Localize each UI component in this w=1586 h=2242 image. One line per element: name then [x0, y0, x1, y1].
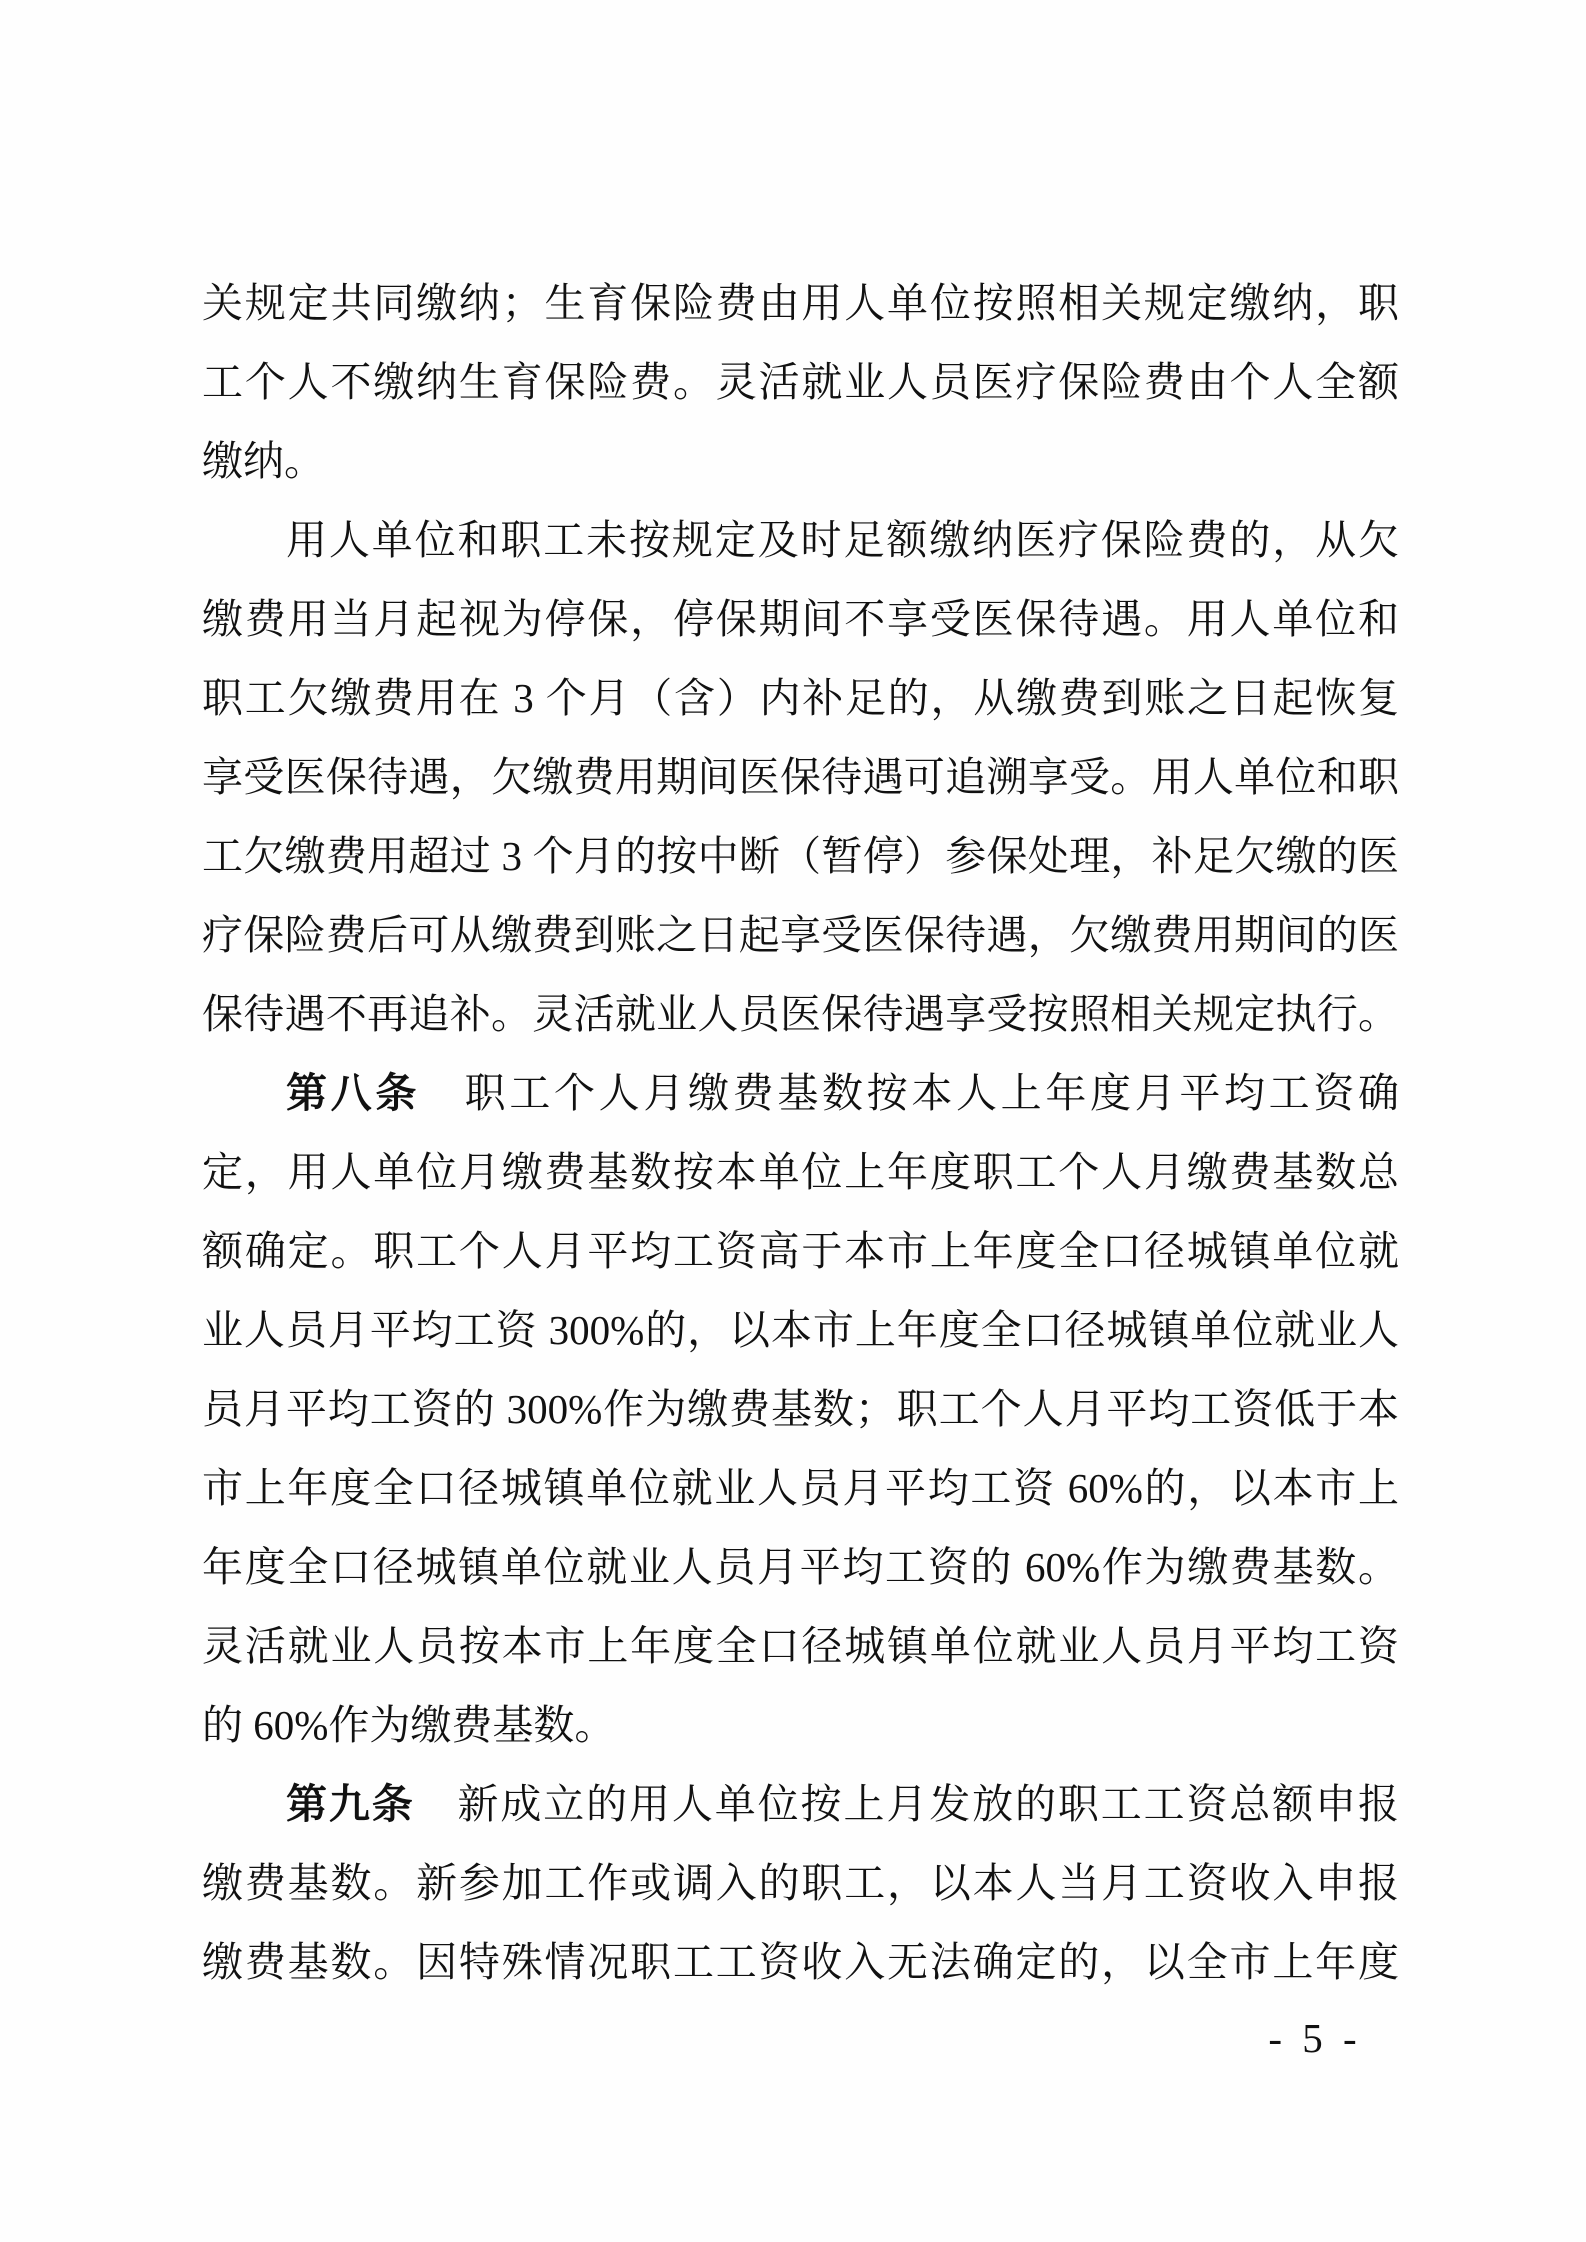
text-line: 灵活就业人员按本市上年度全口径城镇单位就业人员月平均工资 — [202, 1607, 1399, 1686]
text-line: 疗保险费后可从缴费到账之日起享受医保待遇，欠缴费用期间的医 — [202, 896, 1399, 975]
line-text: 灵活就业人员按本市上年度全口径城镇单位就业人员月平均工资 — [202, 1623, 1399, 1669]
line-text: 工个人不缴纳生育保险费。灵活就业人员医疗保险费由个人全额 — [202, 359, 1399, 405]
line-text: 缴费基数。因特殊情况职工工资收入无法确定的，以全市上年度 — [202, 1939, 1399, 1985]
page-number: - 5 - — [1240, 2008, 1390, 2068]
article-number: 第九条 — [286, 1781, 415, 1827]
text-line: 额确定。职工个人月平均工资高于本市上年度全口径城镇单位就 — [202, 1212, 1399, 1291]
document-body: 关规定共同缴纳；生育保险费由用人单位按照相关规定缴纳，职工个人不缴纳生育保险费。… — [202, 264, 1399, 2002]
line-text: 的 60%作为缴费基数。 — [202, 1702, 615, 1748]
text-line: 第八条 职工个人月缴费基数按本人上年度月平均工资确 — [202, 1054, 1399, 1133]
article-number: 第八条 — [286, 1070, 420, 1116]
text-line: 工欠缴费用超过 3 个月的按中断（暂停）参保处理，补足欠缴的医 — [202, 817, 1399, 896]
line-text: 缴纳。 — [202, 438, 325, 484]
line-text: 疗保险费后可从缴费到账之日起享受医保待遇，欠缴费用期间的医 — [202, 912, 1399, 958]
text-line: 定，用人单位月缴费基数按本单位上年度职工个人月缴费基数总 — [202, 1133, 1399, 1212]
text-line: 保待遇不再追补。灵活就业人员医保待遇享受按照相关规定执行。 — [202, 975, 1399, 1054]
line-text: 年度全口径城镇单位就业人员月平均工资的 60%作为缴费基数。 — [202, 1544, 1399, 1590]
line-text: 缴费用当月起视为停保，停保期间不享受医保待遇。用人单位和 — [202, 596, 1399, 642]
text-line: 缴费基数。新参加工作或调入的职工，以本人当月工资收入申报 — [202, 1844, 1399, 1923]
line-text: 定，用人单位月缴费基数按本单位上年度职工个人月缴费基数总 — [202, 1149, 1399, 1195]
line-text: 员月平均工资的 300%作为缴费基数；职工个人月平均工资低于本 — [202, 1386, 1399, 1432]
line-text: 工欠缴费用超过 3 个月的按中断（暂停）参保处理，补足欠缴的医 — [202, 833, 1399, 879]
text-line: 工个人不缴纳生育保险费。灵活就业人员医疗保险费由个人全额 — [202, 343, 1399, 422]
line-text: 享受医保待遇，欠缴费用期间医保待遇可追溯享受。用人单位和职 — [202, 754, 1399, 800]
text-line: 用人单位和职工未按规定及时足额缴纳医疗保险费的，从欠 — [202, 501, 1399, 580]
line-text: 用人单位和职工未按规定及时足额缴纳医疗保险费的，从欠 — [286, 517, 1399, 563]
line-text: 额确定。职工个人月平均工资高于本市上年度全口径城镇单位就 — [202, 1228, 1399, 1274]
document-page: 关规定共同缴纳；生育保险费由用人单位按照相关规定缴纳，职工个人不缴纳生育保险费。… — [0, 0, 1586, 2242]
text-line: 享受医保待遇，欠缴费用期间医保待遇可追溯享受。用人单位和职 — [202, 738, 1399, 817]
text-line: 缴费基数。因特殊情况职工工资收入无法确定的，以全市上年度 — [202, 1923, 1399, 2002]
line-text: 保待遇不再追补。灵活就业人员医保待遇享受按照相关规定执行。 — [202, 991, 1399, 1037]
text-line: 缴费用当月起视为停保，停保期间不享受医保待遇。用人单位和 — [202, 580, 1399, 659]
line-text: 关规定共同缴纳；生育保险费由用人单位按照相关规定缴纳，职 — [202, 280, 1399, 326]
text-line: 业人员月平均工资 300%的，以本市上年度全口径城镇单位就业人 — [202, 1291, 1399, 1370]
line-text: 业人员月平均工资 300%的，以本市上年度全口径城镇单位就业人 — [202, 1307, 1399, 1353]
text-line: 关规定共同缴纳；生育保险费由用人单位按照相关规定缴纳，职 — [202, 264, 1399, 343]
text-line: 年度全口径城镇单位就业人员月平均工资的 60%作为缴费基数。 — [202, 1528, 1399, 1607]
line-text: 新成立的用人单位按上月发放的职工工资总额申报 — [415, 1781, 1399, 1827]
text-line: 的 60%作为缴费基数。 — [202, 1686, 1399, 1765]
line-text: 职工个人月缴费基数按本人上年度月平均工资确 — [420, 1070, 1399, 1116]
line-text: 缴费基数。新参加工作或调入的职工，以本人当月工资收入申报 — [202, 1860, 1399, 1906]
text-line: 缴纳。 — [202, 422, 1399, 501]
text-line: 职工欠缴费用在 3 个月（含）内补足的，从缴费到账之日起恢复 — [202, 659, 1399, 738]
line-text: 职工欠缴费用在 3 个月（含）内补足的，从缴费到账之日起恢复 — [202, 675, 1399, 721]
text-line: 市上年度全口径城镇单位就业人员月平均工资 60%的，以本市上 — [202, 1449, 1399, 1528]
text-line: 第九条 新成立的用人单位按上月发放的职工工资总额申报 — [202, 1765, 1399, 1844]
line-text: 市上年度全口径城镇单位就业人员月平均工资 60%的，以本市上 — [202, 1465, 1399, 1511]
text-line: 员月平均工资的 300%作为缴费基数；职工个人月平均工资低于本 — [202, 1370, 1399, 1449]
